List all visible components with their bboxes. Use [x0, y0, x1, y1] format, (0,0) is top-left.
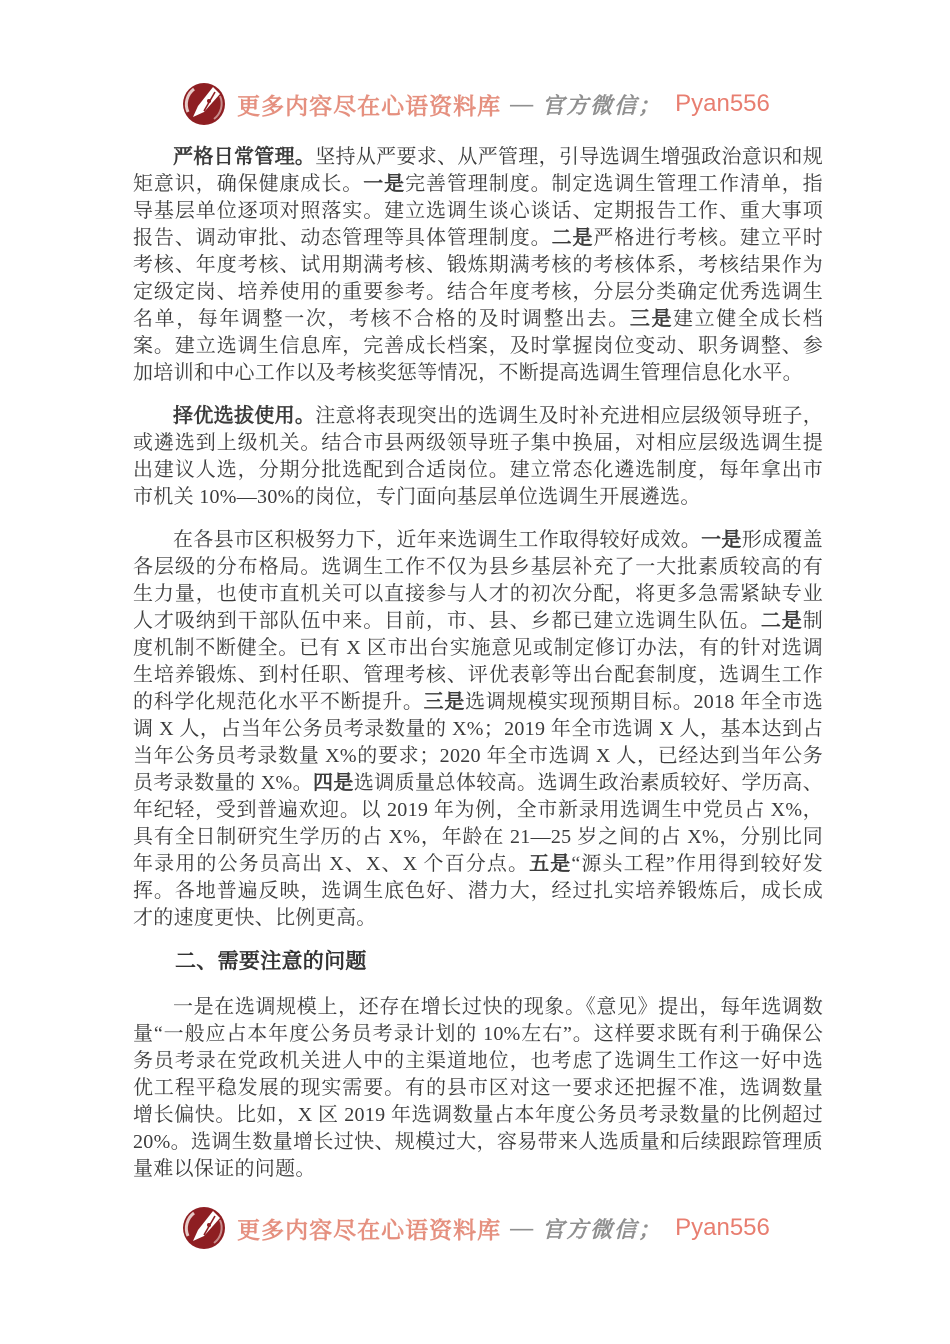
- paragraph: 择优选拔使用。注意将表现突出的选调生及时补充进相应层级领导班子，或遴选到上级机关…: [133, 403, 823, 511]
- document-body: 严格日常管理。坚持从严要求、从严管理，引导选调生增强政治意识和规矩意识，确保健康…: [133, 144, 823, 1194]
- emphasis-run: 严格日常管理。: [173, 146, 315, 168]
- emphasis-run: 二、需要注意的问题: [175, 950, 367, 973]
- wechat-label: 官方微信；: [542, 1213, 662, 1244]
- emphasis-run: 二是: [761, 610, 803, 632]
- paragraph: 严格日常管理。坚持从严要求、从严管理，引导选调生增强政治意识和规矩意识，确保健康…: [133, 144, 823, 387]
- brand-divider: —: [510, 91, 533, 117]
- paragraph: 一是在选调规模上，还存在增长过快的现象。《意见》提出，每年选调数量“一般应占本年…: [133, 994, 823, 1183]
- emphasis-run: 择优选拔使用。: [173, 405, 315, 427]
- emphasis-run: 一是: [701, 529, 742, 551]
- emphasis-run: 三是: [424, 691, 466, 713]
- pen-nib-circle-icon: [180, 1204, 228, 1252]
- section-heading: 二、需要注意的问题: [133, 948, 823, 975]
- emphasis-run: 一是: [363, 173, 405, 195]
- brand-site-text: 更多内容尽在心语资料库: [237, 1212, 501, 1245]
- brand-divider: —: [510, 1215, 533, 1241]
- header-watermark: 更多内容尽在心语资料库—官方微信；Pyan556: [0, 80, 950, 128]
- text-run: 在各县市区积极努力下，近年来选调生工作取得较好成效。: [173, 529, 701, 551]
- document-page: 更多内容尽在心语资料库—官方微信；Pyan556 严格日常管理。坚持从严要求、从…: [0, 0, 950, 1344]
- wechat-id: Pyan556: [675, 1214, 770, 1242]
- footer-watermark: 更多内容尽在心语资料库—官方微信；Pyan556: [0, 1204, 950, 1252]
- emphasis-run: 五是: [529, 853, 571, 875]
- emphasis-run: 四是: [313, 772, 354, 794]
- pen-nib-circle-icon: [180, 80, 228, 128]
- text-run: 一是在选调规模上，还存在增长过快的现象。《意见》提出，每年选调数量“一般应占本年…: [133, 996, 823, 1180]
- brand-site-text: 更多内容尽在心语资料库: [237, 88, 501, 121]
- emphasis-run: 三是: [630, 308, 673, 330]
- wechat-id: Pyan556: [675, 90, 770, 118]
- paragraph: 在各县市区积极努力下，近年来选调生工作取得较好成效。一是形成覆盖各层级的分布格局…: [133, 527, 823, 932]
- wechat-label: 官方微信；: [542, 89, 662, 120]
- emphasis-run: 二是: [552, 227, 594, 249]
